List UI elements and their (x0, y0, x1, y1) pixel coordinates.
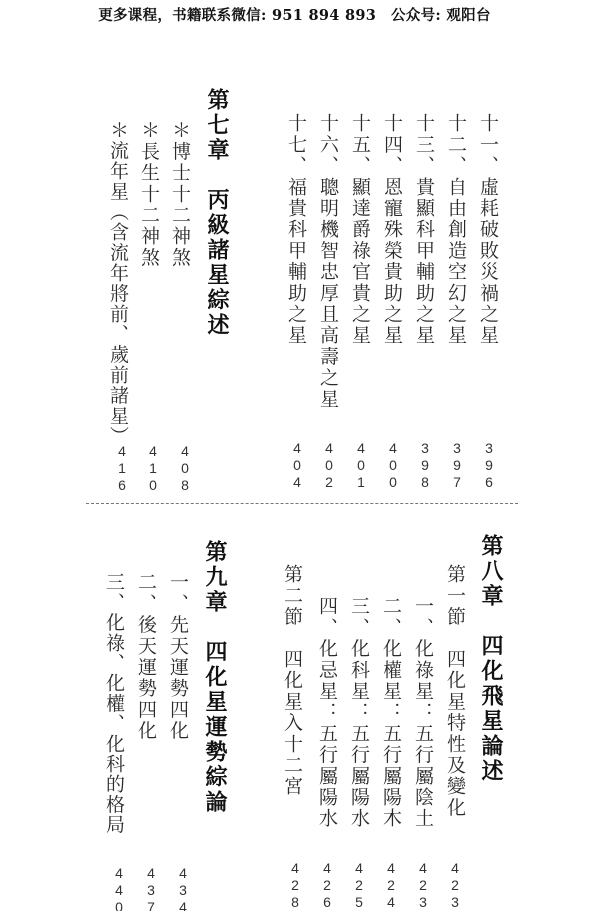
chapter-7-title: 第七章 丙級諸星綜述 (206, 88, 228, 338)
toc-entry-14: 十四、恩寵殊榮貴助之星 (382, 113, 401, 346)
chapter-8-title: 第八章 四化飛星論述 (480, 534, 502, 784)
toc-page-16: 402 (322, 440, 336, 491)
toc-entry-ch8-section1: 第一節 四化星特性及變化 (445, 564, 464, 818)
toc-entry-ch7-1: ＊博士十二神煞 (170, 120, 189, 268)
toc-page-12: 397 (450, 440, 464, 491)
toc-entry-13: 十三、貴顯科甲輔助之星 (414, 113, 433, 346)
toc-page-13: 398 (418, 440, 432, 491)
toc-page-ch9-2: 437 (144, 865, 158, 911)
toc-page-ch8-2: 424 (384, 860, 398, 911)
toc-entry-ch8-4: 四、化忌星：五行屬陽水 (317, 596, 336, 829)
toc-entry-ch8-1: 一、化祿星：五行屬陰土 (413, 596, 432, 829)
toc-page-17: 404 (290, 440, 304, 491)
toc-page-ch8-3: 425 (352, 860, 366, 911)
toc-entry-ch7-2: ＊長生十二神煞 (139, 120, 158, 268)
toc-entry-ch7-3: ＊流年星（含流年將前、歲前諸星） (108, 120, 127, 446)
toc-page-14: 400 (386, 440, 400, 491)
toc-entry-15: 十五、顯達爵祿官貴之星 (350, 113, 369, 346)
toc-entry-ch9-2: 二、後天運勢四化 (136, 572, 155, 742)
toc-page-11: 396 (482, 440, 496, 491)
toc-page-ch9-3: 440 (112, 865, 126, 911)
toc-page-ch8-section1: 423 (448, 860, 462, 911)
toc-page-ch8-section2: 428 (288, 860, 302, 911)
toc-entry-ch8-2: 二、化權星：五行屬陽木 (381, 596, 400, 829)
section-divider (86, 503, 518, 504)
toc-page-ch7-3: 416 (115, 443, 129, 494)
toc-entry-11: 十一、虛耗破敗災禍之星 (478, 113, 497, 346)
toc-entry-ch8-3: 三、化科星：五行屬陽水 (349, 596, 368, 829)
toc-page-ch7-2: 410 (146, 443, 160, 494)
toc-page-ch8-4: 426 (320, 860, 334, 911)
toc-entry-ch8-section2: 第二節 四化星入十二宮 (282, 564, 301, 797)
toc-page-ch8-1: 423 (416, 860, 430, 911)
toc-entry-ch9-1: 一、先天運勢四化 (168, 572, 187, 742)
toc-page-ch9-1: 434 (176, 865, 190, 911)
page-header-banner: 更多课程，书籍联系微信: 951 894 893 公众号: 观阳台 (0, 4, 589, 25)
toc-page-ch7-1: 408 (178, 443, 192, 494)
toc-entry-16: 十六、聰明機智忠厚且高壽之星 (318, 113, 337, 410)
toc-entry-12: 十二、自由創造空幻之星 (446, 113, 465, 346)
chapter-9-title: 第九章 四化星運勢綜論 (204, 540, 226, 815)
toc-page-15: 401 (354, 440, 368, 491)
toc-entry-17: 十七、福貴科甲輔助之星 (286, 113, 305, 346)
toc-entry-ch9-3: 三、化祿、化權、化科的格局 (104, 572, 123, 835)
